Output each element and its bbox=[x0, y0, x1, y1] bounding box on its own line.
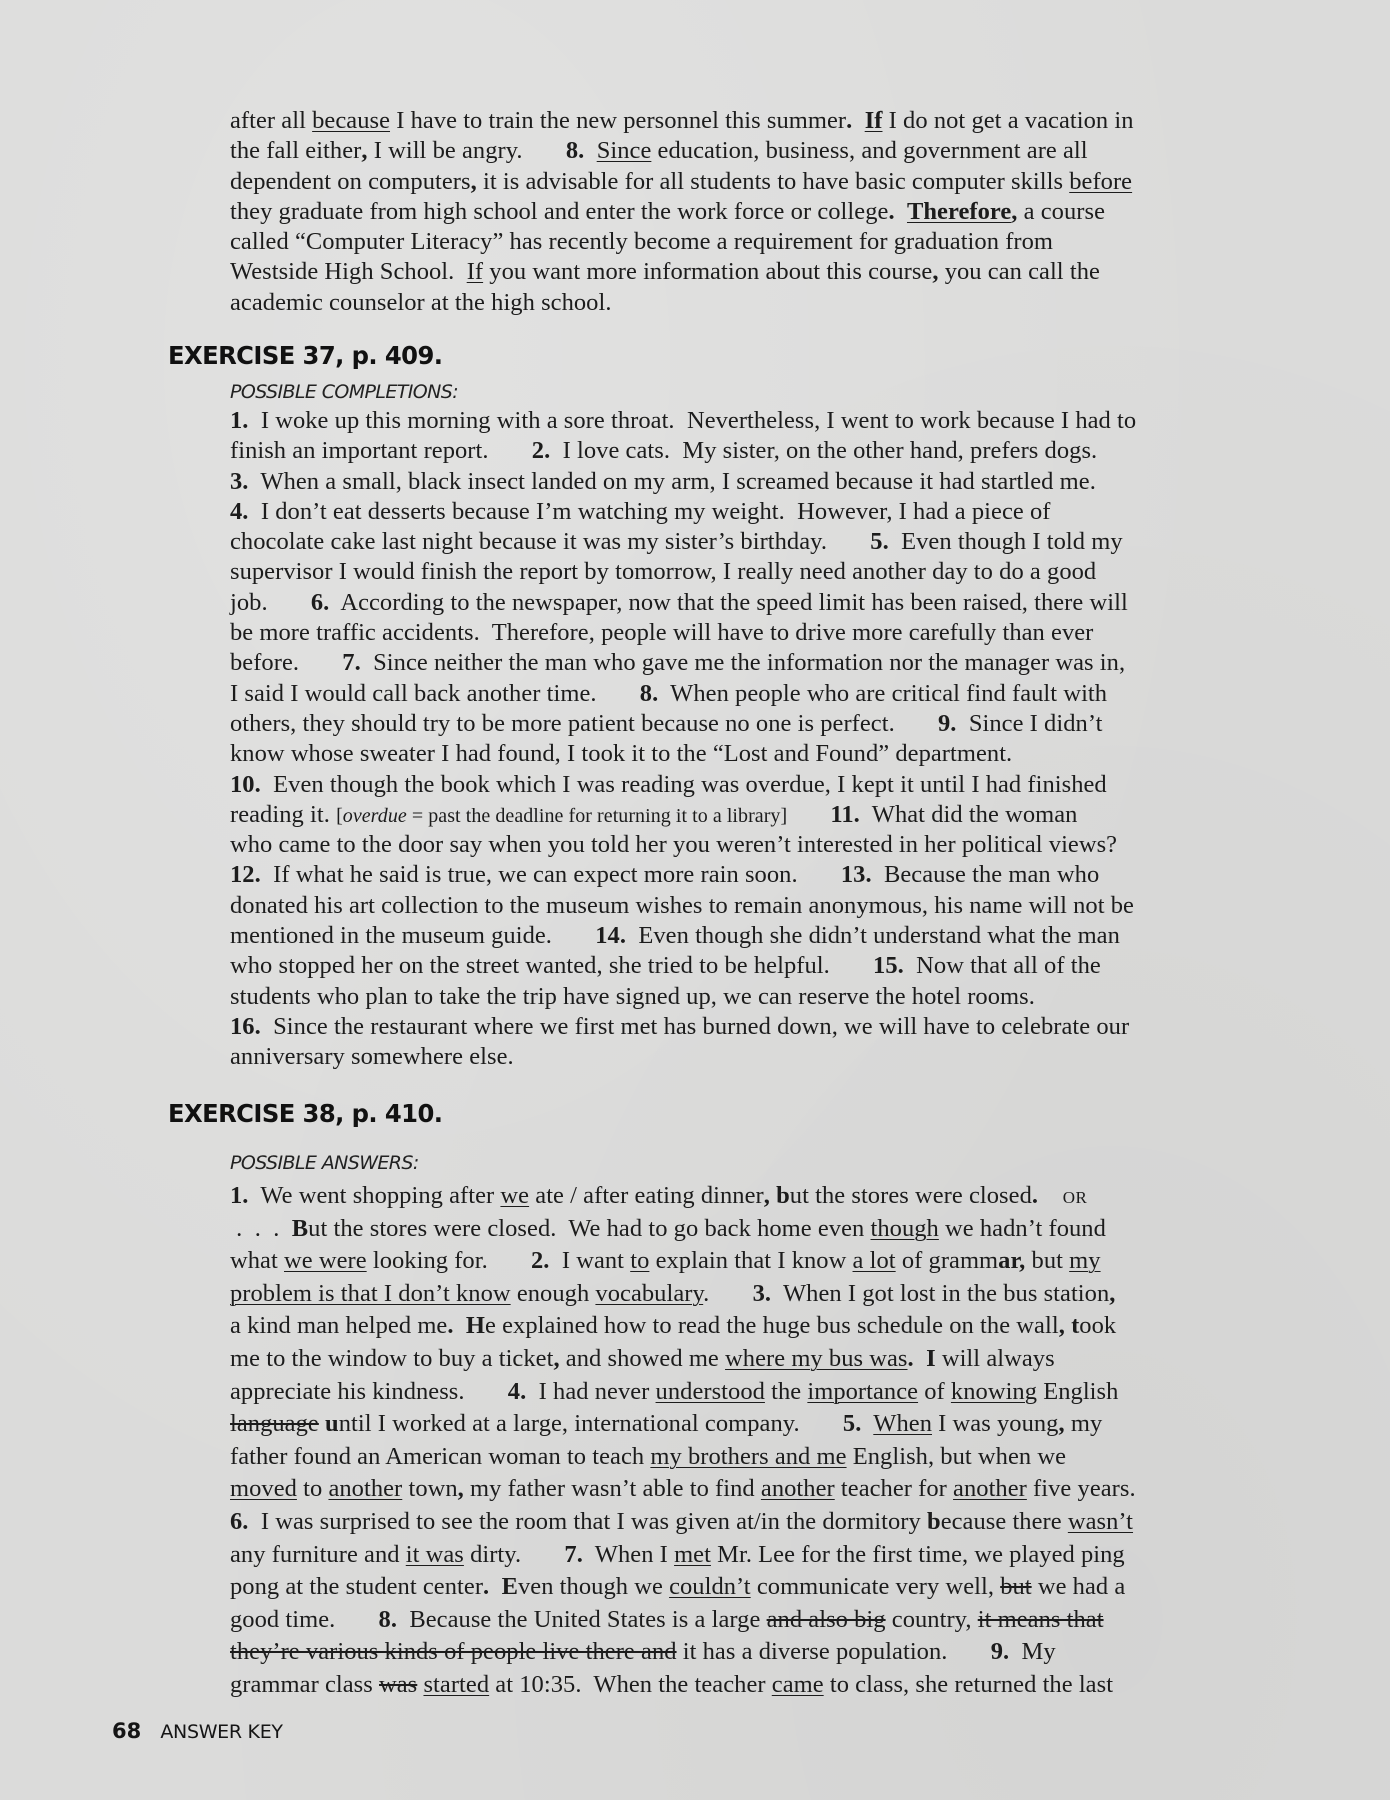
underlined-text: it was bbox=[406, 1541, 464, 1568]
exercise-38-line: . . . But the stores were closed. We had… bbox=[230, 1213, 1300, 1246]
underlined-text: understood bbox=[656, 1378, 765, 1405]
page-number: 68 bbox=[112, 1719, 141, 1743]
underlined-text: we were bbox=[284, 1247, 367, 1274]
text-run: 9. bbox=[991, 1638, 1009, 1665]
exercise-37-line: 12. If what he said is true, we can expe… bbox=[230, 860, 1300, 890]
text-run: We went shopping after bbox=[248, 1182, 500, 1209]
exercise-37-line: 10. Even though the book which I was rea… bbox=[230, 770, 1300, 800]
exercise-37-line: mentioned in the museum guide. 14. Even … bbox=[230, 921, 1300, 951]
text-run: I was surprised to see the room that I w… bbox=[248, 1508, 927, 1535]
text-run: looking for. bbox=[367, 1247, 531, 1274]
text-run: called “Computer Literacy” has recently … bbox=[230, 228, 1053, 255]
text-run: you can call the bbox=[939, 258, 1100, 285]
text-run: I want bbox=[549, 1247, 630, 1274]
struck-text: they’re various kinds of people live the… bbox=[230, 1638, 677, 1665]
text-run: English, but when we bbox=[847, 1443, 1066, 1470]
exercise-37-answers: 1. I woke up this morning with a sore th… bbox=[230, 406, 1300, 1073]
struck-text: it means that bbox=[978, 1606, 1104, 1633]
text-run: students who plan to take the trip have … bbox=[230, 983, 1035, 1010]
text-run: When I got lost in the bus station bbox=[771, 1280, 1109, 1307]
exercise-37-line: be more traffic accidents. Therefore, pe… bbox=[230, 618, 1300, 648]
text-run: who stopped her on the street wanted, sh… bbox=[230, 952, 873, 979]
exercise-37-line: who stopped her on the street wanted, sh… bbox=[230, 951, 1300, 981]
text-run: appreciate his kindness. bbox=[230, 1378, 508, 1405]
text-run: Since I didn’t bbox=[956, 710, 1102, 737]
text-run: Because the man who bbox=[872, 861, 1100, 888]
exercise-37-line: know whose sweater I had found, I took i… bbox=[230, 739, 1300, 769]
page-footer: 68 ANSWER KEY bbox=[112, 1719, 283, 1743]
text-run: 1. bbox=[230, 1182, 248, 1209]
text-run: , bbox=[1109, 1280, 1115, 1307]
text-run: If what he said is true, we can expect m… bbox=[261, 861, 841, 888]
text-run: 14. bbox=[595, 922, 626, 949]
text-run: I had never bbox=[526, 1378, 655, 1405]
text-run: grammar class bbox=[230, 1671, 379, 1698]
text-run: . bbox=[703, 1280, 752, 1307]
text-run: b bbox=[776, 1182, 790, 1209]
exercise-38-line: 6. I was surprised to see the room that … bbox=[230, 1506, 1300, 1539]
intro-line: they graduate from high school and enter… bbox=[230, 197, 1300, 227]
text-run: e explained how to read the huge bus sch… bbox=[485, 1312, 1059, 1339]
exercise-38-line: problem is that I don’t know enough voca… bbox=[230, 1278, 1300, 1311]
exercise-37-line: who came to the door say when you told h… bbox=[230, 830, 1300, 860]
text-run: H bbox=[466, 1312, 485, 1339]
text-run: we had a bbox=[1032, 1573, 1126, 1600]
text-run: ecause there bbox=[941, 1508, 1068, 1535]
text-run: ar bbox=[998, 1247, 1019, 1274]
underlined-text: where my bus was bbox=[725, 1345, 907, 1372]
exercise-37-line: job. 6. According to the newspaper, now … bbox=[230, 588, 1300, 618]
exercise-37-line: 1. I woke up this morning with a sore th… bbox=[230, 406, 1300, 436]
text-run: 5. bbox=[843, 1410, 861, 1437]
text-run: I have to train the new personnel this s… bbox=[390, 107, 846, 134]
text-run: anniversary somewhere else. bbox=[230, 1043, 514, 1070]
text-run: 7. bbox=[342, 649, 360, 676]
underlined-text: knowing bbox=[951, 1378, 1037, 1405]
answer-key-page: after all because I have to train the ne… bbox=[0, 0, 1390, 1800]
exercise-37-line: 3. When a small, black insect landed on … bbox=[230, 467, 1300, 497]
text-run: According to the newspaper, now that the… bbox=[329, 589, 1127, 616]
exercise-37-line: before. 7. Since neither the man who gav… bbox=[230, 648, 1300, 678]
intro-line: called “Computer Literacy” has recently … bbox=[230, 227, 1300, 257]
text-run: ate / after eating dinner bbox=[529, 1182, 764, 1209]
underlined-text: problem is that I don’t know bbox=[230, 1280, 511, 1307]
text-run bbox=[852, 107, 864, 134]
text-run: 16. bbox=[230, 1013, 261, 1040]
text-run: town bbox=[402, 1475, 457, 1502]
text-run: 1. bbox=[230, 407, 248, 434]
text-run: we hadn’t found bbox=[939, 1215, 1106, 1242]
text-run: I woke up this morning with a sore throa… bbox=[248, 407, 1136, 434]
underlined-text: If bbox=[467, 258, 483, 285]
exercise-37-heading: EXERCISE 37, p. 409. bbox=[168, 341, 442, 370]
text-run bbox=[489, 1573, 501, 1600]
text-run: I will be angry. bbox=[368, 137, 566, 164]
underlined-text: started bbox=[423, 1671, 489, 1698]
exercise-37-line: I said I would call back another time. 8… bbox=[230, 679, 1300, 709]
exercise-38-line: grammar class was started at 10:35. When… bbox=[230, 1669, 1300, 1702]
text-run: 8. bbox=[379, 1606, 397, 1633]
text-run: 15. bbox=[873, 952, 904, 979]
intro-line: academic counselor at the high school. bbox=[230, 288, 1300, 318]
text-run: dependent on computers bbox=[230, 168, 471, 195]
exercise-37-line: chocolate cake last night because it was… bbox=[230, 527, 1300, 557]
underlined-text: we bbox=[500, 1182, 529, 1209]
text-run: Even though I told my bbox=[889, 528, 1123, 555]
exercise-37-line: supervisor I would finish the report by … bbox=[230, 557, 1300, 587]
text-run: a course bbox=[1017, 198, 1105, 225]
text-run: academic counselor at the high school. bbox=[230, 289, 612, 316]
text-run: mentioned in the museum guide. bbox=[230, 922, 595, 949]
intro-paragraph: after all because I have to train the ne… bbox=[230, 106, 1300, 318]
text-run: to class, she returned the last bbox=[824, 1671, 1113, 1698]
text-run: Since neither the man who gave me the in… bbox=[361, 649, 1125, 676]
text-run: 8. bbox=[566, 137, 584, 164]
text-run: finish an important report. bbox=[230, 437, 532, 464]
underlined-text: because bbox=[312, 107, 390, 134]
exercise-38-line: me to the window to buy a ticket, and sh… bbox=[230, 1343, 1300, 1376]
text-run: ut the stores were closed. We had to go … bbox=[308, 1215, 870, 1242]
text-run: pong at the student center bbox=[230, 1573, 483, 1600]
text-run: my bbox=[1065, 1410, 1103, 1437]
text-run: but bbox=[1025, 1247, 1069, 1274]
text-run: others, they should try to be more patie… bbox=[230, 710, 938, 737]
text-run: five years. bbox=[1027, 1475, 1136, 1502]
struck-text: and also big bbox=[767, 1606, 886, 1633]
exercise-38-line: language until I worked at a large, inte… bbox=[230, 1408, 1300, 1441]
text-run: 7. bbox=[564, 1541, 582, 1568]
text-run: OR bbox=[1063, 1188, 1088, 1207]
text-run: father found an American woman to teach bbox=[230, 1443, 650, 1470]
exercise-38-line: father found an American woman to teach … bbox=[230, 1441, 1300, 1474]
text-run bbox=[787, 801, 830, 828]
text-run bbox=[1038, 1182, 1063, 1209]
underlined-text: another bbox=[953, 1475, 1027, 1502]
text-run: ntil I worked at a large, international … bbox=[339, 1410, 843, 1437]
text-run: donated his art collection to the museum… bbox=[230, 892, 1134, 919]
underlined-text: to bbox=[630, 1247, 649, 1274]
text-run: explain that I know bbox=[649, 1247, 852, 1274]
text-run: 8. bbox=[640, 680, 658, 707]
text-run: education, business, and government are … bbox=[651, 137, 1087, 164]
text-run: Mr. Lee for the first time, we played pi… bbox=[711, 1541, 1125, 1568]
text-run: When I bbox=[583, 1541, 674, 1568]
text-run bbox=[861, 1410, 873, 1437]
text-run: b bbox=[927, 1508, 941, 1535]
text-run: a kind man helped me bbox=[230, 1312, 447, 1339]
text-run: = past the deadline for returning it to … bbox=[407, 805, 787, 827]
text-run bbox=[914, 1345, 926, 1372]
exercise-37-line: anniversary somewhere else. bbox=[230, 1042, 1300, 1072]
text-run: good time. bbox=[230, 1606, 379, 1633]
text-run: 13. bbox=[841, 861, 872, 888]
text-run: My bbox=[1009, 1638, 1055, 1665]
text-run: 4. bbox=[230, 498, 248, 525]
text-run: English bbox=[1037, 1378, 1118, 1405]
text-run: 10. bbox=[230, 771, 261, 798]
text-run: Even though she didn’t understand what t… bbox=[626, 922, 1120, 949]
text-run: 5. bbox=[870, 528, 888, 555]
text-run: supervisor I would finish the report by … bbox=[230, 558, 1096, 585]
text-run: will always bbox=[936, 1345, 1055, 1372]
exercise-38-line: any furniture and it was dirty. 7. When … bbox=[230, 1539, 1300, 1572]
text-run: reading it. bbox=[230, 801, 336, 828]
underlined-text: When bbox=[873, 1410, 932, 1437]
text-run: ven though we bbox=[518, 1573, 669, 1600]
underlined-text: moved bbox=[230, 1475, 297, 1502]
text-run: chocolate cake last night because it was… bbox=[230, 528, 870, 555]
text-run: When people who are critical find fault … bbox=[658, 680, 1107, 707]
underlined-text: wasn’t bbox=[1068, 1508, 1133, 1535]
text-run: what bbox=[230, 1247, 284, 1274]
text-run: I bbox=[926, 1345, 936, 1372]
exercise-38-line: 1. We went shopping after we ate / after… bbox=[230, 1180, 1300, 1213]
text-run: teacher for bbox=[835, 1475, 953, 1502]
text-run: country, bbox=[886, 1606, 978, 1633]
text-run: Westside High School. bbox=[230, 258, 467, 285]
text-run: at 10:35. When the teacher bbox=[489, 1671, 772, 1698]
struck-text: but bbox=[1000, 1573, 1031, 1600]
text-run: to bbox=[297, 1475, 329, 1502]
underlined-text: came bbox=[772, 1671, 824, 1698]
text-run: ook bbox=[1079, 1312, 1116, 1339]
text-run bbox=[454, 1312, 466, 1339]
exercise-37-sublabel: POSSIBLE COMPLETIONS: bbox=[230, 381, 458, 403]
text-run: after all bbox=[230, 107, 312, 134]
text-run: [ bbox=[336, 805, 343, 827]
text-run: 4. bbox=[508, 1378, 526, 1405]
text-run: dirty. bbox=[464, 1541, 565, 1568]
struck-text: language bbox=[230, 1410, 319, 1437]
text-run: 3. bbox=[753, 1280, 771, 1307]
exercise-38-heading: EXERCISE 38, p. 410. bbox=[168, 1099, 442, 1128]
underlined-text: a lot bbox=[853, 1247, 896, 1274]
underlined-text: If bbox=[865, 107, 883, 134]
text-run: Because the United States is a large bbox=[397, 1606, 767, 1633]
text-run: the fall either bbox=[230, 137, 361, 164]
text-run: I love cats. My sister, on the other han… bbox=[550, 437, 1097, 464]
text-run: When a small, black insect landed on my … bbox=[248, 468, 1095, 495]
text-run: know whose sweater I had found, I took i… bbox=[230, 740, 1012, 767]
text-run: me to the window to buy a ticket bbox=[230, 1345, 553, 1372]
text-run: I said I would call back another time. bbox=[230, 680, 640, 707]
text-run: u bbox=[325, 1410, 339, 1437]
text-run: Now that all of the bbox=[904, 952, 1101, 979]
text-run: 11. bbox=[830, 801, 859, 828]
text-run: 6. bbox=[311, 589, 329, 616]
intro-line: dependent on computers, it is advisable … bbox=[230, 167, 1300, 197]
underlined-text: Therefore bbox=[907, 198, 1011, 225]
text-run: Even though the book which I was reading… bbox=[261, 771, 1107, 798]
text-run: my father wasn’t able to find bbox=[464, 1475, 761, 1502]
running-footer: ANSWER KEY bbox=[160, 1721, 282, 1743]
text-run: of gramm bbox=[896, 1247, 999, 1274]
text-run: B bbox=[292, 1215, 308, 1242]
text-run: who came to the door say when you told h… bbox=[230, 831, 1117, 858]
intro-line: after all because I have to train the ne… bbox=[230, 106, 1300, 136]
exercise-37-line: others, they should try to be more patie… bbox=[230, 709, 1300, 739]
intro-line: Westside High School. If you want more i… bbox=[230, 257, 1300, 287]
exercise-38-line: moved to another town, my father wasn’t … bbox=[230, 1473, 1300, 1506]
text-run: be more traffic accidents. Therefore, pe… bbox=[230, 619, 1093, 646]
underlined-text: vocabulary bbox=[595, 1280, 703, 1307]
underlined-text: Since bbox=[597, 137, 652, 164]
text-run: communicate very well, bbox=[751, 1573, 1001, 1600]
text-run: 9. bbox=[938, 710, 956, 737]
text-run: overdue bbox=[343, 805, 407, 827]
text-run: enough bbox=[511, 1280, 596, 1307]
text-run bbox=[895, 198, 907, 225]
text-run: Since the restaurant where we first met … bbox=[261, 1013, 1129, 1040]
underlined-text: another bbox=[328, 1475, 402, 1502]
text-run: 12. bbox=[230, 861, 261, 888]
text-run: 2. bbox=[531, 1247, 549, 1274]
text-run: the bbox=[765, 1378, 807, 1405]
exercise-38-answers: 1. We went shopping after we ate / after… bbox=[230, 1180, 1300, 1702]
underlined-text: met bbox=[674, 1541, 711, 1568]
intro-line: the fall either, I will be angry. 8. Sin… bbox=[230, 136, 1300, 166]
underlined-text: my brothers and me bbox=[650, 1443, 846, 1470]
exercise-38-line: what we were looking for. 2. I want to e… bbox=[230, 1245, 1300, 1278]
text-run: it is advisable for all students to have… bbox=[477, 168, 1069, 195]
exercise-37-line: 16. Since the restaurant where we first … bbox=[230, 1012, 1300, 1042]
exercise-37-line: finish an important report. 2. I love ca… bbox=[230, 436, 1300, 466]
underlined-text: importance bbox=[807, 1378, 918, 1405]
exercise-38-sublabel: POSSIBLE ANSWERS: bbox=[230, 1152, 419, 1174]
exercise-37-line: 4. I don’t eat desserts because I’m watc… bbox=[230, 497, 1300, 527]
text-run: I do not get a vacation in bbox=[882, 107, 1133, 134]
text-run: I was young bbox=[932, 1410, 1059, 1437]
exercise-38-line: good time. 8. Because the United States … bbox=[230, 1604, 1300, 1637]
text-run: . . . bbox=[230, 1215, 292, 1242]
exercise-38-line: a kind man helped me. He explained how t… bbox=[230, 1310, 1300, 1343]
text-run: E bbox=[502, 1573, 518, 1600]
exercise-37-line: reading it. [overdue = past the deadline… bbox=[230, 800, 1300, 830]
underlined-text: another bbox=[761, 1475, 835, 1502]
exercise-38-line: they’re various kinds of people live the… bbox=[230, 1636, 1300, 1669]
text-run: you want more information about this cou… bbox=[483, 258, 932, 285]
struck-text: was bbox=[379, 1671, 417, 1698]
exercise-37-line: donated his art collection to the museum… bbox=[230, 891, 1300, 921]
text-run: What did the woman bbox=[860, 801, 1078, 828]
text-run bbox=[584, 137, 596, 164]
text-run: it has a diverse population. bbox=[677, 1638, 991, 1665]
text-run: before. bbox=[230, 649, 342, 676]
exercise-37-line: students who plan to take the trip have … bbox=[230, 982, 1300, 1012]
underlined-text: though bbox=[871, 1215, 939, 1242]
text-run: job. bbox=[230, 589, 311, 616]
text-run: 3. bbox=[230, 468, 248, 495]
underlined-text: my bbox=[1069, 1247, 1100, 1274]
text-run: ut the stores were closed bbox=[790, 1182, 1032, 1209]
text-run: 6. bbox=[230, 1508, 248, 1535]
text-run: any furniture and bbox=[230, 1541, 406, 1568]
underlined-text: before bbox=[1069, 168, 1132, 195]
text-run: and showed me bbox=[560, 1345, 725, 1372]
exercise-38-line: appreciate his kindness. 4. I had never … bbox=[230, 1376, 1300, 1409]
exercise-38-line: pong at the student center. Even though … bbox=[230, 1571, 1300, 1604]
text-run: of bbox=[918, 1378, 951, 1405]
text-run: they graduate from high school and enter… bbox=[230, 198, 888, 225]
text-run: I don’t eat desserts because I’m watchin… bbox=[248, 498, 1050, 525]
underlined-text: couldn’t bbox=[669, 1573, 751, 1600]
text-run: 2. bbox=[532, 437, 550, 464]
